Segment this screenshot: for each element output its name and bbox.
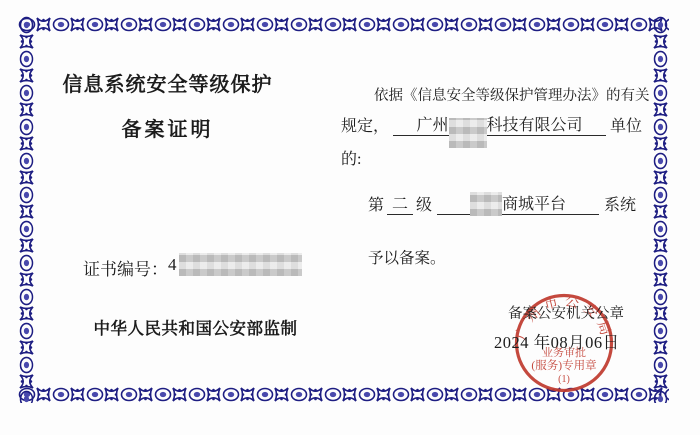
certificate-number-redaction [179, 253, 302, 276]
system-label: 系统 [604, 192, 636, 215]
unit-name-underline: 广州 科技有限公司 [393, 112, 606, 136]
unit-line: 规定， 广州 科技有限公司 单位 [341, 112, 642, 136]
level-line: 第 二 级 商城平台 系统 [368, 191, 636, 215]
level-prefix: 第 [368, 192, 384, 215]
unit-name-prefix: 广州 [417, 112, 449, 135]
system-name-redaction [470, 192, 502, 216]
filing-statement: 予以备案。 [368, 246, 446, 268]
possessive-text: 的: [341, 146, 361, 169]
level-value-underline: 二 [387, 191, 413, 215]
intro-line: 依据《信息安全等级保护管理办法》的有关 [374, 84, 650, 105]
certificate-number-visible-digit: 4 [168, 255, 177, 275]
filing-date: 2024 年08月06日 [494, 329, 620, 353]
issuer-text: 中华人民共和国公安部监制 [83, 315, 308, 339]
filing-certificate: 信息系统安全等级保护 备案证明 证书编号：4 中华人民共和国公安部监制 依据《信… [0, 0, 700, 435]
certificate-title-line2: 备案证明 [55, 113, 280, 142]
certificate-number-row: 证书编号：4 [83, 255, 302, 280]
system-name: 商城平台 [502, 191, 566, 214]
unit-label: 单位 [610, 113, 642, 136]
border-right [652, 16, 669, 403]
seal-caption: 备案公安机关公章 [508, 302, 624, 323]
intro-prefix: 规定， [341, 113, 389, 136]
border-left [18, 16, 35, 403]
certificate-number-label: 证书编号： [83, 255, 168, 280]
seal-row2: (服务)专用章 [531, 358, 596, 372]
system-name-underline: 商城平台 [437, 191, 599, 215]
unit-name-suffix: 科技有限公司 [487, 112, 583, 135]
seal-row3: (1) [558, 374, 570, 385]
certificate-title-line1: 信息系统安全等级保护 [55, 68, 280, 97]
border-top [18, 16, 669, 33]
level-value: 二 [392, 191, 408, 214]
level-mid: 级 [416, 192, 432, 215]
unit-name-redaction [449, 118, 487, 148]
